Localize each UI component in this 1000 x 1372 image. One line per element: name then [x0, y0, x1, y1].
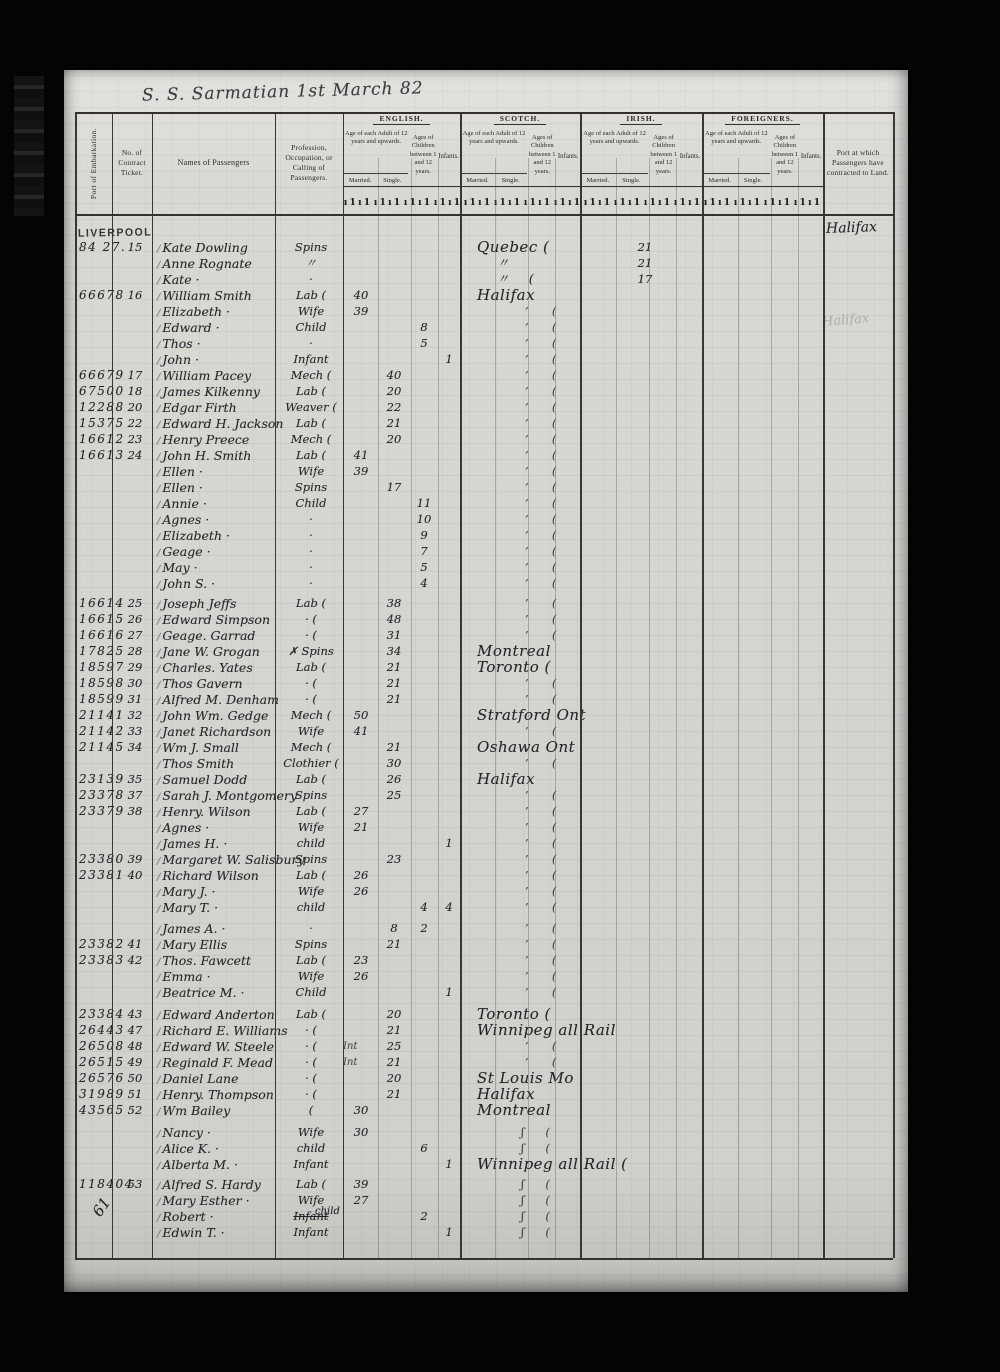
age-english-married: 26 [345, 868, 377, 883]
grid-line [580, 112, 582, 1258]
infants-label: Infants. [437, 126, 460, 186]
profession: Mech ( [279, 740, 343, 755]
destination: ’ ( [463, 304, 775, 319]
grid-line [528, 158, 529, 1258]
destination: ’ ( [463, 836, 775, 851]
passenger-name: Kate Dowling [157, 240, 279, 257]
profession: Lab ( [279, 448, 343, 463]
passenger-name: Joseph Jeffs [157, 596, 279, 613]
age-english-single: 21 [378, 676, 410, 691]
destination: Montreal [463, 644, 727, 659]
age-english-married: 26 [345, 969, 377, 984]
married-label: Married. [461, 177, 494, 184]
list-number: 47 [121, 1023, 149, 1038]
destination: ʃ ( [463, 1177, 771, 1192]
age-tick-glyphs: ı1ı1 [643, 197, 673, 212]
list-number: 24 [121, 448, 149, 463]
list-number: 50 [121, 1071, 149, 1086]
header-names: Names of Passengers [152, 112, 275, 214]
adult-age-label: Age of each Adult of 12 years and upward… [344, 127, 408, 174]
profession: Mech ( [279, 432, 343, 447]
section-title-text: English. [373, 114, 429, 125]
age-english-single: 25 [378, 1039, 410, 1054]
destination: 〃 ( [463, 272, 747, 287]
destination: Halifax [463, 1087, 727, 1102]
list-number: 22 [121, 416, 149, 431]
profession: Lab ( [279, 660, 343, 675]
list-number: 27 [121, 628, 149, 643]
passenger-name: Charles. Yates [157, 660, 279, 677]
age-children: 4 [411, 900, 437, 915]
destination: ’ ( [463, 480, 775, 495]
profession: Wife [279, 884, 343, 899]
section-irish-title: Irish. [580, 112, 702, 126]
list-number: 41 [121, 937, 149, 952]
profession: Weaver ( [279, 400, 343, 415]
age-children: 5 [411, 336, 437, 351]
profession: Clothier ( [279, 756, 343, 771]
destination: ’ ( [463, 320, 775, 335]
children-age-label: Ages of Children between 1 and 12 years. [771, 126, 800, 186]
profession: Spins [279, 937, 343, 952]
passenger-name: John S. · [157, 576, 279, 593]
passenger-name: William Smith [157, 288, 279, 305]
age-irish-single: 17 [627, 272, 663, 287]
destination: ’ ( [463, 384, 775, 399]
destination: ’ ( [463, 756, 775, 771]
passenger-name: Mary J. · [157, 884, 279, 901]
profession: Child [279, 985, 343, 1000]
passenger-name: Robert · [157, 1209, 279, 1226]
header-contract-label: No. of Contract Ticket. [112, 148, 152, 178]
section-english-body: Age of each Adult of 12 years and upward… [343, 126, 460, 186]
profession: Lab ( [279, 384, 343, 399]
age-infants: 1 [438, 1157, 460, 1172]
passenger-name: Geage · [157, 544, 279, 561]
list-number: 23 [121, 432, 149, 447]
grid-line [649, 158, 650, 1258]
age-english-married: 39 [345, 464, 377, 479]
destination: ’ ( [463, 937, 775, 952]
age-english-single: 20 [378, 1071, 410, 1086]
destination: Montreal [463, 1103, 727, 1118]
age-children: 2 [411, 921, 437, 936]
age-tick-glyphs: ı1ı1 [763, 197, 793, 212]
destination: ’ ( [463, 921, 775, 936]
single-label: Single. [615, 177, 649, 184]
profession: Wife [279, 304, 343, 319]
header-profession: Profession, Occupation, or Calling of Pa… [275, 112, 343, 214]
grid-line [676, 158, 677, 1258]
passenger-name: Edwin T. · [157, 1225, 279, 1242]
age-english-married: 40 [345, 288, 377, 303]
age-infants: 4 [438, 900, 460, 915]
passenger-name: James A. · [157, 921, 279, 938]
film-edge-strip [14, 76, 44, 216]
passenger-name: Thos · [157, 336, 279, 353]
profession: Infant [279, 352, 343, 367]
age-english-married: 41 [345, 448, 377, 463]
profession: Infant [279, 1157, 343, 1172]
list-number: 52 [121, 1103, 149, 1118]
married-label: Married. [344, 177, 376, 184]
passenger-name: John · [157, 352, 279, 369]
married-label: Married. [581, 177, 615, 184]
profession: Spins [279, 852, 343, 867]
list-number: 34 [121, 740, 149, 755]
age-english-married: 27 [345, 804, 377, 819]
age-english-single: 25 [378, 788, 410, 803]
profession: · ( [279, 1039, 343, 1054]
destination: ’ ( [463, 884, 775, 899]
grid-line [495, 158, 496, 1258]
grid-line [702, 112, 704, 1258]
section-foreigners-body: Age of each Adult of 12 years and upward… [702, 126, 823, 186]
age-english-married: 39 [345, 304, 377, 319]
destination: Halifax [463, 772, 727, 787]
profession: Lab ( [279, 1177, 343, 1192]
profession: Lab ( [279, 953, 343, 968]
list-number: 40 [121, 868, 149, 883]
age-english-single: 21 [378, 416, 410, 431]
age-english-married: 50 [345, 708, 377, 723]
destination: Winnipeg all Rail ( [463, 1157, 727, 1172]
passenger-name: James Kilkenny [157, 384, 279, 401]
passenger-name: Anne Rognate [157, 256, 279, 273]
liverpool-stamp: LIVERPOOL [78, 226, 152, 240]
destination: ’ ( [463, 900, 775, 915]
profession: Child [279, 320, 343, 335]
destination: ʃ ( [463, 1141, 771, 1156]
list-number: 43 [121, 1007, 149, 1022]
passenger-name: Edward Simpson [157, 612, 279, 629]
age-english-single: 30 [378, 756, 410, 771]
infants-label: Infants. [678, 126, 702, 186]
married-label: Married. [703, 177, 736, 184]
header-names-label: Names of Passengers [178, 158, 250, 169]
age-children: 5 [411, 560, 437, 575]
passenger-name: Mary T. · [157, 900, 279, 917]
passenger-name: Alberta M. · [157, 1157, 279, 1174]
margin-annotation: Int [343, 1039, 371, 1054]
profession: ✗ Spins [279, 644, 343, 659]
destination: ’ ( [463, 448, 775, 463]
age-english-married: 39 [345, 1177, 377, 1192]
list-number: 42 [121, 953, 149, 968]
profession: ( [279, 1103, 343, 1118]
destination: ʃ ( [463, 1125, 771, 1140]
destination: Stratford Ont [463, 708, 727, 723]
single-label: Single. [376, 177, 408, 184]
list-number: 25 [121, 596, 149, 611]
destination: ’ ( [463, 560, 775, 575]
destination: ʃ ( [463, 1225, 771, 1240]
age-english-single: 21 [378, 1023, 410, 1038]
infants-label: Infants. [799, 126, 823, 186]
section-scotch: Scotch. Age of each Adult of 12 years an… [460, 112, 580, 186]
section-english-title: English. [343, 112, 460, 126]
destination: ʃ ( [463, 1193, 771, 1208]
profession: Wife [279, 820, 343, 835]
list-number: 37 [121, 788, 149, 803]
passenger-name: Agnes · [157, 820, 279, 837]
age-english-single: 17 [378, 480, 410, 495]
passenger-name: Reginald F. Mead [157, 1055, 279, 1072]
profession-correction: child [315, 1204, 340, 1219]
age-children: 6 [411, 1141, 437, 1156]
grid-line [893, 112, 895, 1258]
profession: · [279, 576, 343, 591]
passenger-name: Mary Ellis [157, 937, 279, 954]
profession: · [279, 544, 343, 559]
age-english-married: 21 [345, 820, 377, 835]
age-english-single: 34 [378, 644, 410, 659]
age-english-single: 21 [378, 1087, 410, 1102]
list-number: 16 [121, 288, 149, 303]
profession: · ( [279, 628, 343, 643]
passenger-name: Wm Bailey [157, 1103, 279, 1120]
profession: Lab ( [279, 772, 343, 787]
header-profession-label: Profession, Occupation, or Calling of Pa… [275, 143, 343, 184]
grid-line [275, 112, 276, 1258]
list-number: 17 [121, 368, 149, 383]
adult-age-label: Age of each Adult of 12 years and upward… [581, 127, 648, 174]
profession: child [279, 900, 343, 915]
section-foreigners-title: Foreigners. [702, 112, 823, 126]
adult-age-header: Age of each Adult of 12 years and upward… [343, 126, 409, 186]
age-children: 8 [411, 320, 437, 335]
profession: · [279, 512, 343, 527]
age-english-single: 21 [378, 1055, 410, 1070]
age-tick-glyphs: ı1ı1 [613, 197, 643, 212]
list-number: 49 [121, 1055, 149, 1070]
destination: ’ ( [463, 336, 775, 351]
passenger-name: Agnes · [157, 512, 279, 529]
age-english-single: 8 [378, 921, 410, 936]
passenger-name: Elizabeth · [157, 304, 279, 321]
age-english-single: 20 [378, 1007, 410, 1022]
destination: ’ ( [463, 528, 775, 543]
passenger-name: Edgar Firth [157, 400, 279, 417]
passenger-name: Daniel Lane [157, 1071, 279, 1088]
single-label: Single. [736, 177, 769, 184]
age-children: 4 [411, 576, 437, 591]
list-number: 35 [121, 772, 149, 787]
profession: Wife [279, 464, 343, 479]
age-english-single: 26 [378, 772, 410, 787]
passenger-name: John Wm. Gedge [157, 708, 279, 725]
age-children: 10 [411, 512, 437, 527]
list-number: 48 [121, 1039, 149, 1054]
passenger-name: Margaret W. Salisbury [157, 852, 279, 869]
destination: ’ ( [463, 820, 775, 835]
passenger-name: Jane W. Grogan [157, 644, 279, 661]
destination: ’ ( [463, 692, 775, 707]
destination: ’ ( [463, 512, 775, 527]
grid-line [75, 214, 893, 216]
passenger-name: Edward H. Jackson [157, 416, 279, 433]
profession: · ( [279, 692, 343, 707]
passenger-name: Henry. Wilson [157, 804, 279, 821]
children-age-label: Ages of Children between 1 and 12 years. [649, 126, 678, 186]
scanned-manifest-photo: S. S. Sarmatian 1st March 82 LIVERPOOL H… [0, 0, 1000, 1372]
age-english-single: 22 [378, 400, 410, 415]
profession: · ( [279, 1071, 343, 1086]
destination: ’ ( [463, 612, 775, 627]
header-port-label: Port of Embarkation. [89, 127, 98, 198]
passenger-name: Richard E. Williams [157, 1023, 279, 1040]
passenger-name: James H. · [157, 836, 279, 853]
age-english-married: 23 [345, 953, 377, 968]
destination: ’ ( [463, 953, 775, 968]
destination: ’ ( [463, 676, 775, 691]
grid-line [823, 112, 825, 1258]
grid-line [738, 158, 739, 1258]
passenger-name: Ellen · [157, 480, 279, 497]
grid-line [343, 186, 823, 187]
grid-line [616, 158, 617, 1258]
age-english-single: 48 [378, 612, 410, 627]
age-infants: 1 [438, 352, 460, 367]
destination: Halifax [463, 288, 727, 303]
passenger-name: Wm J. Small [157, 740, 279, 757]
destination: Oshawa Ont [463, 740, 727, 755]
header-landing-label: Port at which Passengers have contracted… [823, 148, 893, 178]
children-age-label: Ages of Children between 1 and 12 years. [528, 126, 556, 186]
list-number: 26 [121, 612, 149, 627]
profession: child [279, 1141, 343, 1156]
profession: Wife [279, 1125, 343, 1140]
profession: child [279, 836, 343, 851]
section-foreigners: Foreigners. Age of each Adult of 12 year… [702, 112, 823, 186]
destination: ’ ( [463, 368, 775, 383]
destination: ’ ( [463, 400, 775, 415]
grid-line [798, 158, 799, 1258]
profession: Infant [279, 1225, 343, 1240]
age-english-married: 26 [345, 884, 377, 899]
profession: Child [279, 496, 343, 511]
list-number: 30 [121, 676, 149, 691]
profession: Spins [279, 788, 343, 803]
passenger-name: Thos Smith [157, 756, 279, 773]
header-contract-ticket: No. of Contract Ticket. [112, 112, 152, 214]
passenger-name: Thos. Fawcett [157, 953, 279, 970]
age-tick-glyphs: ı1ı1 [553, 197, 583, 212]
age-tick-glyphs: ı1ı1 [343, 197, 373, 212]
age-tick-glyphs: ı1ı1 [463, 197, 493, 212]
profession: · [279, 560, 343, 575]
passenger-name: Henry Preece [157, 432, 279, 449]
list-number: 51 [121, 1087, 149, 1102]
destination: Quebec ( [463, 240, 727, 255]
section-title-text: Irish. [620, 114, 661, 125]
passenger-name: Kate · [157, 272, 279, 289]
destination: ’ ( [463, 969, 775, 984]
passenger-name: Emma · [157, 969, 279, 986]
age-english-single: 21 [378, 740, 410, 755]
age-infants: 1 [438, 985, 460, 1000]
age-tick-glyphs: ı1ı1 [703, 197, 733, 212]
passenger-name: Alfred S. Hardy [157, 1177, 279, 1194]
passenger-name: Thos Gavern [157, 676, 279, 693]
profession: 〃 [279, 256, 343, 271]
header-port-of-embarkation: Port of Embarkation. [75, 112, 112, 214]
age-tick-row: ı1ı1ı1ı1ı1ı1ı1ı1ı1ı1ı1ı1ı1ı1ı1ı1ı1ı1ı1ı1… [343, 186, 823, 212]
grid-line [438, 158, 439, 1258]
destination: ’ ( [463, 596, 775, 611]
profession: Lab ( [279, 596, 343, 611]
passenger-name: Geage. Garrad [157, 628, 279, 645]
passenger-name: Henry. Thompson [157, 1087, 279, 1104]
profession: · ( [279, 1055, 343, 1070]
grid-line [75, 112, 77, 1258]
age-english-single: 20 [378, 432, 410, 447]
passenger-name: Beatrice M. · [157, 985, 279, 1002]
passenger-name: Edward · [157, 320, 279, 337]
list-number: 20 [121, 400, 149, 415]
age-tick-glyphs: ı1ı1 [403, 197, 433, 212]
age-children: 7 [411, 544, 437, 559]
land-port-entry: Halifax [826, 219, 877, 237]
profession: · [279, 528, 343, 543]
grid-line [152, 112, 153, 1258]
destination: ’ ( [463, 628, 775, 643]
vessel-title-handwriting: S. S. Sarmatian 1st March 82 [142, 78, 424, 105]
age-english-married: 30 [345, 1103, 377, 1118]
destination: ’ ( [463, 496, 775, 511]
grid-line [75, 1258, 893, 1260]
adult-age-label: Age of each Adult of 12 years and upward… [703, 127, 770, 174]
adult-age-header: Age of each Adult of 12 years and upward… [580, 126, 649, 186]
age-infants: 1 [438, 836, 460, 851]
passenger-name: Annie · [157, 496, 279, 513]
destination: ’ ( [463, 576, 775, 591]
destination: ’ ( [463, 544, 775, 559]
passenger-name: Samuel Dodd [157, 772, 279, 789]
destination: ’ ( [463, 804, 775, 819]
section-title-text: Foreigners. [725, 114, 799, 125]
profession: Lab ( [279, 288, 343, 303]
profession: · ( [279, 676, 343, 691]
destination: ’ ( [463, 1039, 775, 1054]
passenger-name: Ellen · [157, 464, 279, 481]
adult-age-header: Age of each Adult of 12 years and upward… [702, 126, 771, 186]
age-children: 2 [411, 1209, 437, 1224]
age-infants: 1 [438, 1225, 460, 1240]
section-irish: Irish. Age of each Adult of 12 years and… [580, 112, 702, 186]
destination: ’ ( [463, 352, 775, 367]
destination: Winnipeg all Rail [463, 1023, 727, 1038]
age-english-married: 27 [345, 1193, 377, 1208]
profession: Lab ( [279, 1007, 343, 1022]
passenger-name: Mary Esther · [157, 1193, 279, 1210]
profession: Lab ( [279, 804, 343, 819]
grid-line [411, 158, 412, 1258]
age-tick-glyphs: ı1ı1 [493, 197, 523, 212]
grid-line [460, 112, 462, 1258]
destination: ’ ( [463, 985, 775, 1000]
destination: ’ ( [463, 464, 775, 479]
list-number: 38 [121, 804, 149, 819]
age-english-single: 21 [378, 660, 410, 675]
profession: Spins [279, 240, 343, 255]
list-number: 31 [121, 692, 149, 707]
profession: Wife [279, 724, 343, 739]
passenger-name: Edward Anderton [157, 1007, 279, 1024]
section-english: English. Age of each Adult of 12 years a… [343, 112, 460, 186]
infants-label: Infants. [556, 126, 580, 186]
margin-annotation: Int [343, 1055, 371, 1070]
